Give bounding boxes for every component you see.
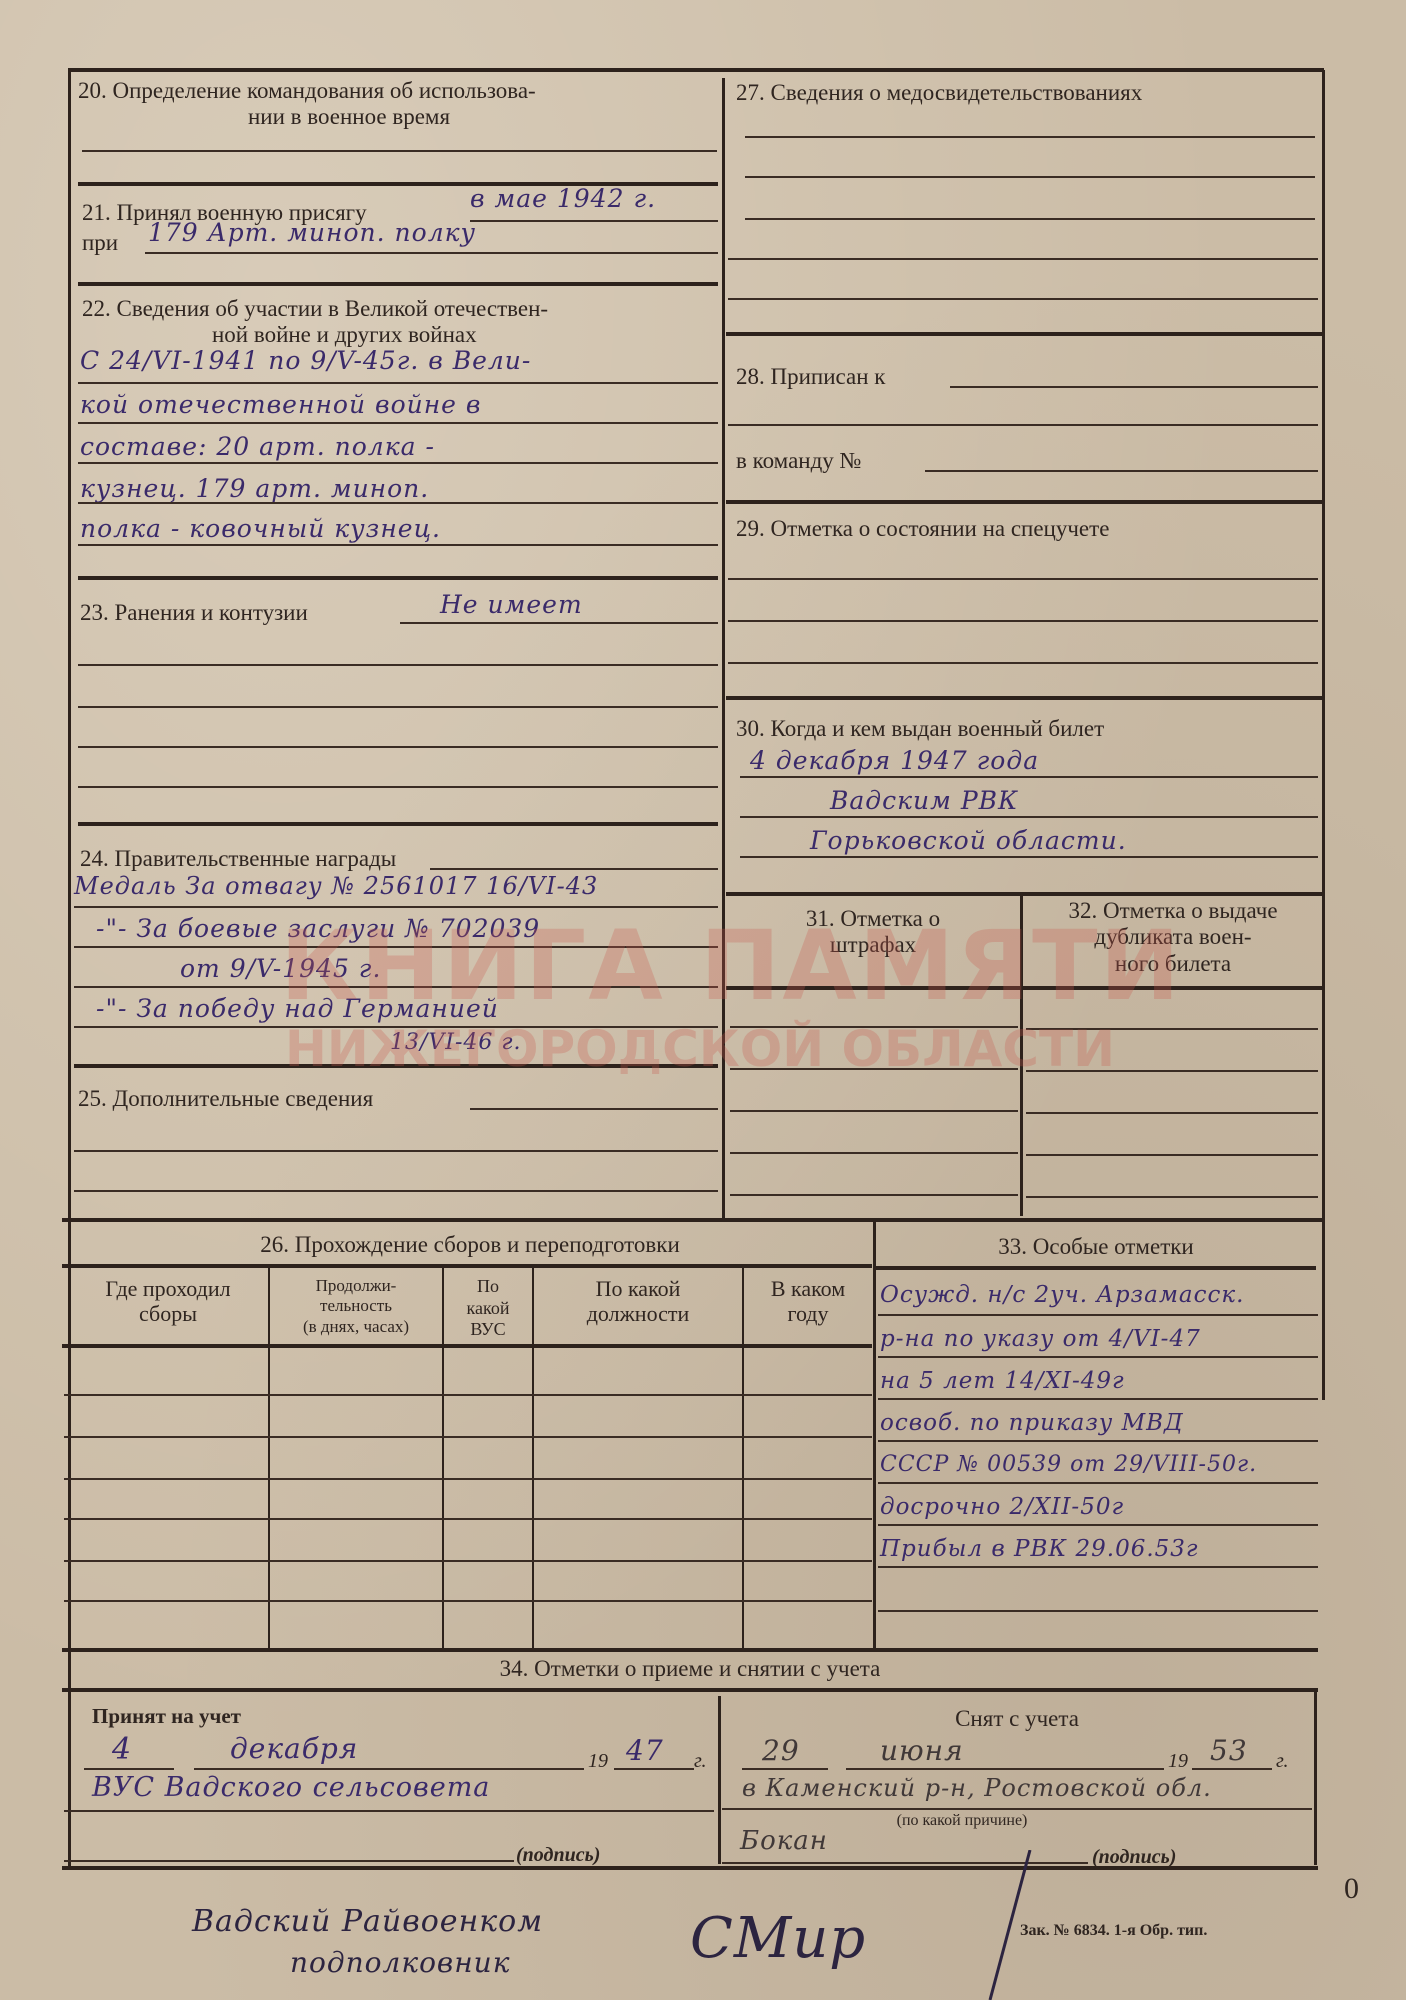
ruled-line: [74, 946, 718, 948]
ruled-line: [722, 1808, 1312, 1810]
war-participation-line-2: кой отечественной войне в: [80, 390, 481, 419]
ruled-line: [84, 1768, 174, 1770]
table-row-line: [64, 1518, 872, 1520]
accepted-day: 4: [112, 1732, 132, 1767]
award-line-1: Медаль За отвагу № 2561017 16/VI-43: [74, 872, 598, 900]
ruled-line: [1026, 1070, 1318, 1072]
war-participation-line-5: полка - ковочный кузнец.: [80, 514, 441, 543]
divider-22-23: [78, 576, 718, 580]
ruled-line: [64, 1810, 714, 1812]
award-line-5: 13/VI-46 г.: [390, 1030, 522, 1055]
col-header-year: В каком году: [744, 1276, 872, 1327]
section-28-label: 28. Приписан к: [736, 364, 885, 390]
ruled-line: [728, 620, 1318, 622]
oath-date-value: в мае 1942 г.: [470, 184, 656, 213]
oath-unit-label: при: [82, 230, 118, 256]
ruled-line: [878, 1398, 1318, 1400]
ruled-line: [745, 136, 1315, 138]
ruled-line: [1026, 1154, 1318, 1156]
ruled-line: [878, 1566, 1318, 1568]
ruled-line: [925, 470, 1318, 472]
section-25-label: 25. Дополнительные сведения: [78, 1086, 373, 1112]
ruled-line: [878, 1314, 1318, 1316]
section-20-label: 20. Определение командования об использо…: [78, 78, 718, 131]
special-note-line-1: Осужд. н/с 2уч. Арзамасск.: [880, 1282, 1244, 1308]
table-row-line: [64, 1394, 872, 1396]
ruled-line: [740, 776, 1318, 778]
ruled-line: [74, 986, 718, 988]
accepted-year: 47: [626, 1734, 664, 1767]
ruled-line: [728, 298, 1318, 300]
ruled-line: [745, 176, 1315, 178]
ruled-line: [400, 622, 718, 624]
frame-bottom: [62, 1866, 1318, 1870]
ruled-line: [74, 906, 718, 908]
war-participation-line-1: С 24/VI-1941 по 9/V-45г. в Вели-: [80, 346, 531, 375]
commissar-signature: СМир: [690, 1906, 866, 1971]
ruled-line: [740, 816, 1318, 818]
section-34-title-line: [62, 1688, 1318, 1692]
frame-right-lower: [1314, 1690, 1317, 1865]
signer-title-line-2: подполковник: [290, 1946, 510, 1979]
oath-unit-line: [145, 252, 718, 254]
ruled-line: [1192, 1768, 1272, 1770]
special-note-line-3: на 5 лет 14/XI-49г: [880, 1368, 1125, 1394]
wounds-value: Не имеет: [440, 590, 583, 619]
ruled-line: [878, 1482, 1318, 1484]
ruled-line: [730, 1152, 1018, 1154]
ruled-line: [78, 544, 718, 546]
special-note-line-2: р-на по указу от 4/VI-47: [880, 1326, 1201, 1352]
table-row-line: [64, 1560, 872, 1562]
ruled-line: [878, 1610, 1318, 1612]
ruled-line: [430, 868, 718, 870]
ruled-line: [74, 1150, 718, 1152]
ruled-line: [1026, 1028, 1318, 1030]
oath-date-line: [470, 220, 718, 222]
table-row-line: [64, 1436, 872, 1438]
ruled-line: [742, 1768, 828, 1770]
frame-left: [68, 68, 71, 1868]
ruled-line: [78, 746, 718, 748]
ruled-line: [78, 462, 718, 464]
section-31-label: 31. Отметка о штрафах: [728, 906, 1018, 959]
accepted-label: Принят на учет: [92, 1704, 241, 1728]
ruled-line: [878, 1524, 1318, 1526]
ruled-line: [878, 1356, 1318, 1358]
section-33-title: 33. Особые отметки: [876, 1234, 1316, 1260]
divider-24-25: [74, 1064, 718, 1068]
section-26-title-line: [62, 1264, 872, 1268]
divider-34-top: [62, 1648, 1318, 1652]
ruled-line: [728, 424, 1318, 426]
divider-31-32: [1020, 896, 1023, 1216]
table-header-line: [62, 1344, 872, 1348]
frame-right: [1322, 70, 1325, 1400]
divider-26-top: [62, 1218, 1322, 1222]
ruled-line: [846, 1768, 1164, 1770]
col-header-vus: По какой ВУС: [444, 1276, 532, 1341]
table-row-line: [64, 1600, 872, 1602]
section-30-label: 30. Когда и кем выдан военный билет: [736, 716, 1104, 742]
ruled-line: [950, 386, 1318, 388]
team-number-label: в команду №: [736, 448, 862, 474]
print-info: Зак. № 6834. 1-я Обр. тип.: [1020, 1922, 1207, 1940]
accepted-year-prefix: 19: [588, 1750, 608, 1773]
col-header-where: Где проходил сборы: [70, 1276, 266, 1327]
special-note-line-7: Прибыл в РВК 29.06.53г: [880, 1536, 1199, 1562]
divider-34-columns: [718, 1696, 721, 1864]
award-line-2: -"- За боевые заслуги № 702039: [96, 914, 540, 943]
ruled-line: [730, 1026, 1018, 1028]
military-id-issue-date: 4 декабря 1947 года: [750, 746, 1039, 775]
frame-top: [68, 68, 1324, 72]
ruled-line: [728, 662, 1318, 664]
ruled-line: [74, 1190, 718, 1192]
ruled-line: [78, 422, 718, 424]
ruled-line: [614, 1768, 694, 1770]
removed-month: июня: [880, 1734, 964, 1767]
section-22-label: 22. Сведения об участии в Великой отечес…: [82, 296, 722, 349]
column-divider: [722, 78, 725, 1218]
ruled-line: [730, 1068, 1018, 1070]
removed-signature: Бокан: [740, 1826, 828, 1856]
special-note-line-6: досрочно 2/XII-50г: [880, 1494, 1124, 1520]
section-34-title: 34. Отметки о приеме и снятии с учета: [70, 1656, 1310, 1682]
divider-31-32-header: [726, 986, 1322, 990]
ruled-line: [74, 1026, 718, 1028]
divider-23-24: [78, 822, 718, 826]
divider-30-31: [726, 892, 1322, 896]
ruled-line: [728, 578, 1318, 580]
removed-label: Снят с учета: [722, 1706, 1312, 1732]
divider-29-30: [726, 696, 1322, 700]
military-id-issuer: Вадским РВК: [830, 786, 1018, 815]
award-line-4: -"- За победу над Германией: [96, 994, 499, 1023]
accepted-signature-label: (подпись): [516, 1844, 600, 1867]
ruled-line: [194, 1768, 584, 1770]
ruled-line: [470, 1108, 718, 1110]
ruled-line: [878, 1440, 1318, 1442]
oath-unit-value: 179 Арт. миноп. полку: [148, 218, 476, 247]
removed-year-prefix: 19: [1168, 1750, 1188, 1773]
ruled-line: [78, 664, 718, 666]
military-id-region: Горьковской области.: [810, 826, 1127, 855]
special-note-line-5: СССР № 00539 от 29/VIII-50г.: [880, 1452, 1257, 1477]
accepted-month: декабря: [230, 1732, 358, 1765]
accepted-place: ВУС Вадского сельсовета: [92, 1772, 490, 1803]
war-participation-line-3: составе: 20 арт. полка -: [80, 432, 435, 461]
war-participation-line-4: кузнец. 179 арт. миноп.: [80, 474, 429, 503]
divider-26-33: [873, 1222, 876, 1650]
signature-line: [64, 1860, 514, 1862]
signer-title-line-1: Вадский Райвоенком: [192, 1904, 543, 1939]
divider-27-28: [726, 332, 1322, 336]
ruled-line: [730, 1194, 1018, 1196]
ruled-line: [728, 258, 1318, 260]
section-32-label: 32. Отметка о выдаче дубликата воен- ног…: [1024, 898, 1322, 977]
ruled-line: [740, 856, 1318, 858]
removed-year: 53: [1210, 1734, 1248, 1767]
col-header-position: По какой должности: [534, 1276, 742, 1327]
section-20-line: [82, 150, 717, 152]
section-27-label: 27. Сведения о медосвидетельствованиях: [736, 80, 1142, 106]
ruled-line: [1026, 1112, 1318, 1114]
award-line-3: от 9/V-1945 г.: [180, 954, 381, 983]
section-23-label: 23. Ранения и контузии: [80, 600, 308, 626]
removed-year-suffix: г.: [1276, 1750, 1289, 1773]
section-26-title: 26. Прохождение сборов и переподготовки: [70, 1232, 870, 1258]
section-24-label: 24. Правительственные награды: [80, 846, 396, 872]
divider-28-29: [726, 500, 1322, 504]
special-note-line-4: освоб. по приказу МВД: [880, 1410, 1184, 1436]
accepted-year-suffix: г.: [694, 1750, 707, 1773]
removed-reason: в Каменский р-н, Ростовской обл.: [742, 1774, 1212, 1802]
corner-mark: 0: [1344, 1872, 1359, 1907]
ruled-line: [730, 1110, 1018, 1112]
col-header-duration: Продолжи- тельность (в днях, часах): [270, 1276, 442, 1337]
ruled-line: [78, 786, 718, 788]
ruled-line: [78, 382, 718, 384]
section-29-label: 29. Отметка о состоянии на спецучете: [736, 516, 1109, 542]
divider-21-22: [78, 282, 718, 286]
ruled-line: [1026, 1196, 1318, 1198]
removed-day: 29: [762, 1734, 800, 1767]
table-row-line: [64, 1478, 872, 1480]
section-33-title-line: [876, 1266, 1316, 1270]
ruled-line: [745, 218, 1315, 220]
ruled-line: [78, 706, 718, 708]
ruled-line: [78, 502, 718, 504]
